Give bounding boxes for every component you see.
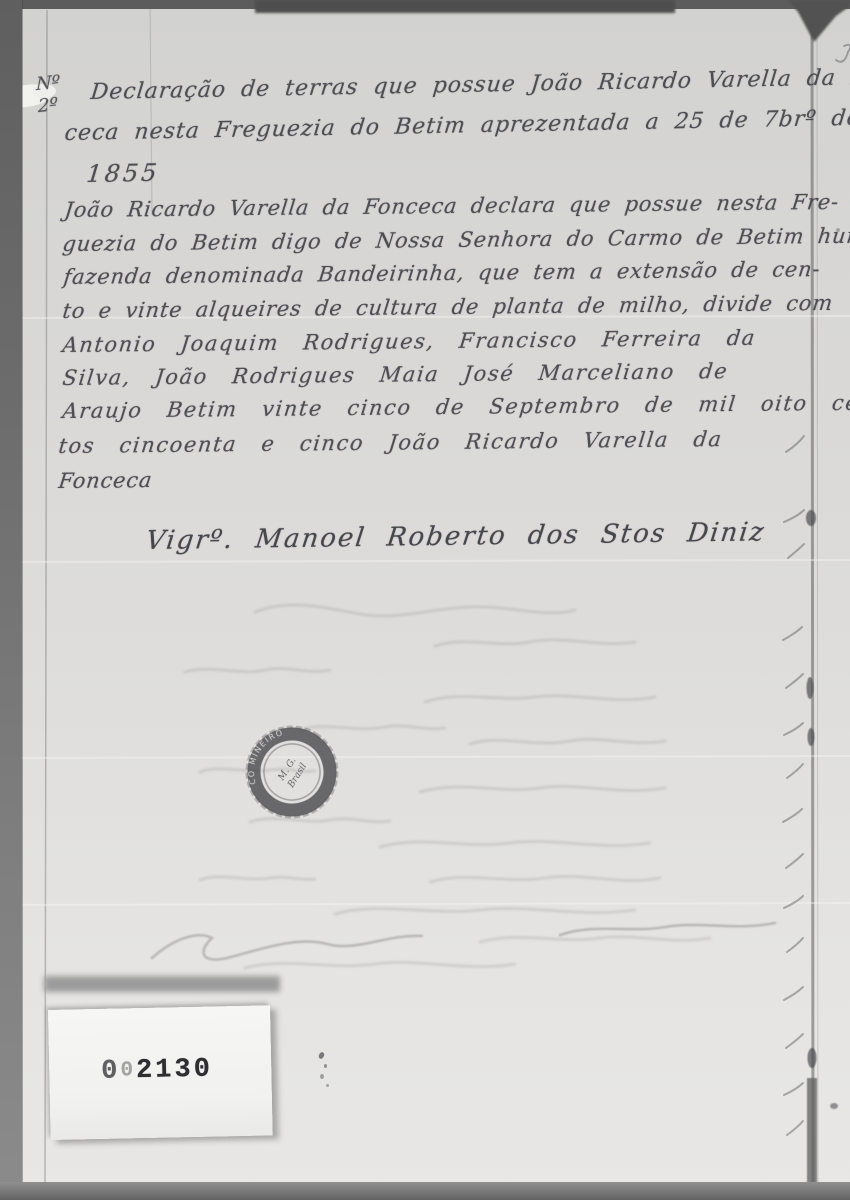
top-right-corner-shadow [770, 0, 850, 50]
slip-number-faint-digit: 0 [120, 1059, 136, 1082]
body-line-8: tos cincoenta e cinco João Ricardo Varel… [57, 427, 724, 458]
body-line-7: Araujo Betim vinte cinco de Septembro de… [61, 390, 850, 423]
margin-note-ordinal: 2º [38, 94, 58, 117]
body-line-3: fazenda denominada Bandeirinha, que tem … [62, 257, 821, 289]
body-line-4: to e vinte alqueires de cultura de plant… [61, 291, 834, 323]
ink-speck [318, 1051, 325, 1059]
bleedthrough-ghost-darker [152, 923, 775, 960]
heading-line-2: ceca nesta Freguezia do Betim aprezentad… [63, 106, 850, 146]
ink-speck [836, 228, 840, 232]
body-line-1: João Ricardo Varella da Fonceca declara … [63, 190, 840, 222]
body-line-9: Fonceca [57, 468, 153, 493]
slip-top-shadow [44, 976, 280, 992]
page-left-edge [22, 0, 23, 1200]
ink-speck [830, 1103, 838, 1109]
reference-slip: 002130 [48, 1005, 273, 1140]
ink-speck [320, 1074, 324, 1079]
backing-band-top-shadow [255, 0, 675, 13]
heading-year: 1855 [85, 159, 161, 188]
slip-number-prefix: 0 [101, 1056, 121, 1086]
ink-speck [324, 1064, 327, 1068]
ink-speck [326, 1084, 329, 1087]
backing-band-bottom [0, 1182, 850, 1200]
body-line-5: Antonio Joaquim Rodrigues, Francisco Fer… [61, 326, 757, 357]
scanned-document-page: Nº 2º Declaração de terras que possue Jo… [0, 0, 850, 1200]
gutter-ink-blobs [806, 510, 817, 1186]
slip-number-main: 2130 [136, 1055, 213, 1087]
signature-line: Vigrº. Manoel Roberto dos Stos Diniz [144, 517, 767, 556]
body-line-2: guezia do Betim digo de Nossa Senhora do… [61, 223, 850, 256]
heading-line-1: Declaração de terras que possue João Ric… [89, 64, 850, 105]
archive-stamp: CO MINEIRO M. G. Brasil [220, 700, 363, 843]
margin-note-number: Nº [36, 71, 60, 95]
body-line-6: Silva, João Rodrigues Maia José Marcelia… [61, 359, 729, 390]
backing-band-left [0, 0, 22, 1200]
slip-number: 002130 [101, 1055, 213, 1087]
